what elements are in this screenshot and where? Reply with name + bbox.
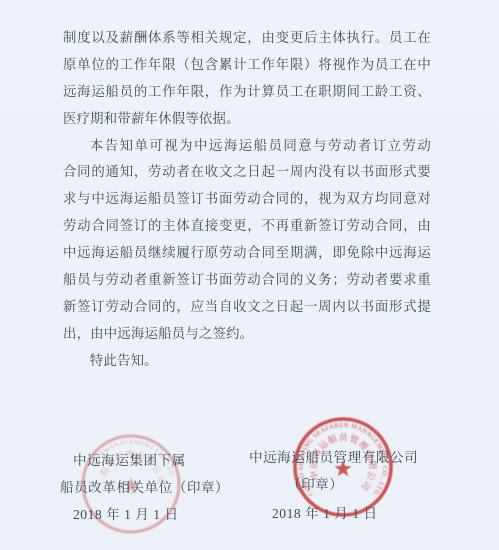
document-line: 新签订劳动合同的，应当自收文之日起一周内以书面形式提: [63, 294, 431, 321]
left-signer-org-line1: 中远海运集团下属: [73, 449, 186, 469]
document-line: 出，由中远海运船员与之签约。: [63, 321, 431, 348]
scanned-notice-document: 制度以及薪酬体系等相关规定，由变更后主体执行。员工在 原单位的工作年限（包含累计…: [0, 0, 499, 550]
left-signature-date: 2018 年 1 月 1 日: [73, 503, 179, 523]
right-signer-org-name: 中远海运船员管理有限公司: [249, 446, 418, 466]
closing-phrase: 特此告知。: [63, 348, 431, 375]
seal-ring: [295, 419, 391, 515]
document-line: 船员与劳动者重新签订书面劳动合同的义务；劳动者要求重: [63, 267, 431, 294]
document-line: 医疗期和带薪年休假等依据。: [63, 106, 431, 133]
right-seal-placeholder: （印章）: [287, 473, 343, 493]
left-signer-org-line2: 船员改革相关单位（印章）: [60, 476, 229, 496]
document-line: 求与中远海运船员签订书面劳动合同的，视为双方均同意对: [63, 186, 431, 213]
right-signature-date: 2018 年 1 月 1 日: [272, 502, 378, 522]
document-body: 制度以及薪酬体系等相关规定，由变更后主体执行。员工在 原单位的工作年限（包含累计…: [63, 25, 431, 375]
document-line: 中远海运船员继续履行原劳动合同至期满，即免除中远海运: [63, 240, 431, 267]
document-line: 合同的通知，劳动者在收文之日起一周内没有以书面形式要: [63, 159, 431, 186]
document-line: 原单位的工作年限（包含累计工作年限）将视作为员工在中: [63, 52, 431, 79]
document-line: 劳动合同签订的主体直接变更，不再重新签订劳动合同，由: [63, 213, 431, 240]
document-line: 本告知单可视为中远海运船员同意与劳动者订立劳动: [63, 133, 431, 160]
document-line: 制度以及薪酬体系等相关规定，由变更后主体执行。员工在: [63, 25, 431, 52]
document-line: 远海运船员的工作年限，作为计算员工在职期间工龄工资、: [63, 79, 431, 106]
